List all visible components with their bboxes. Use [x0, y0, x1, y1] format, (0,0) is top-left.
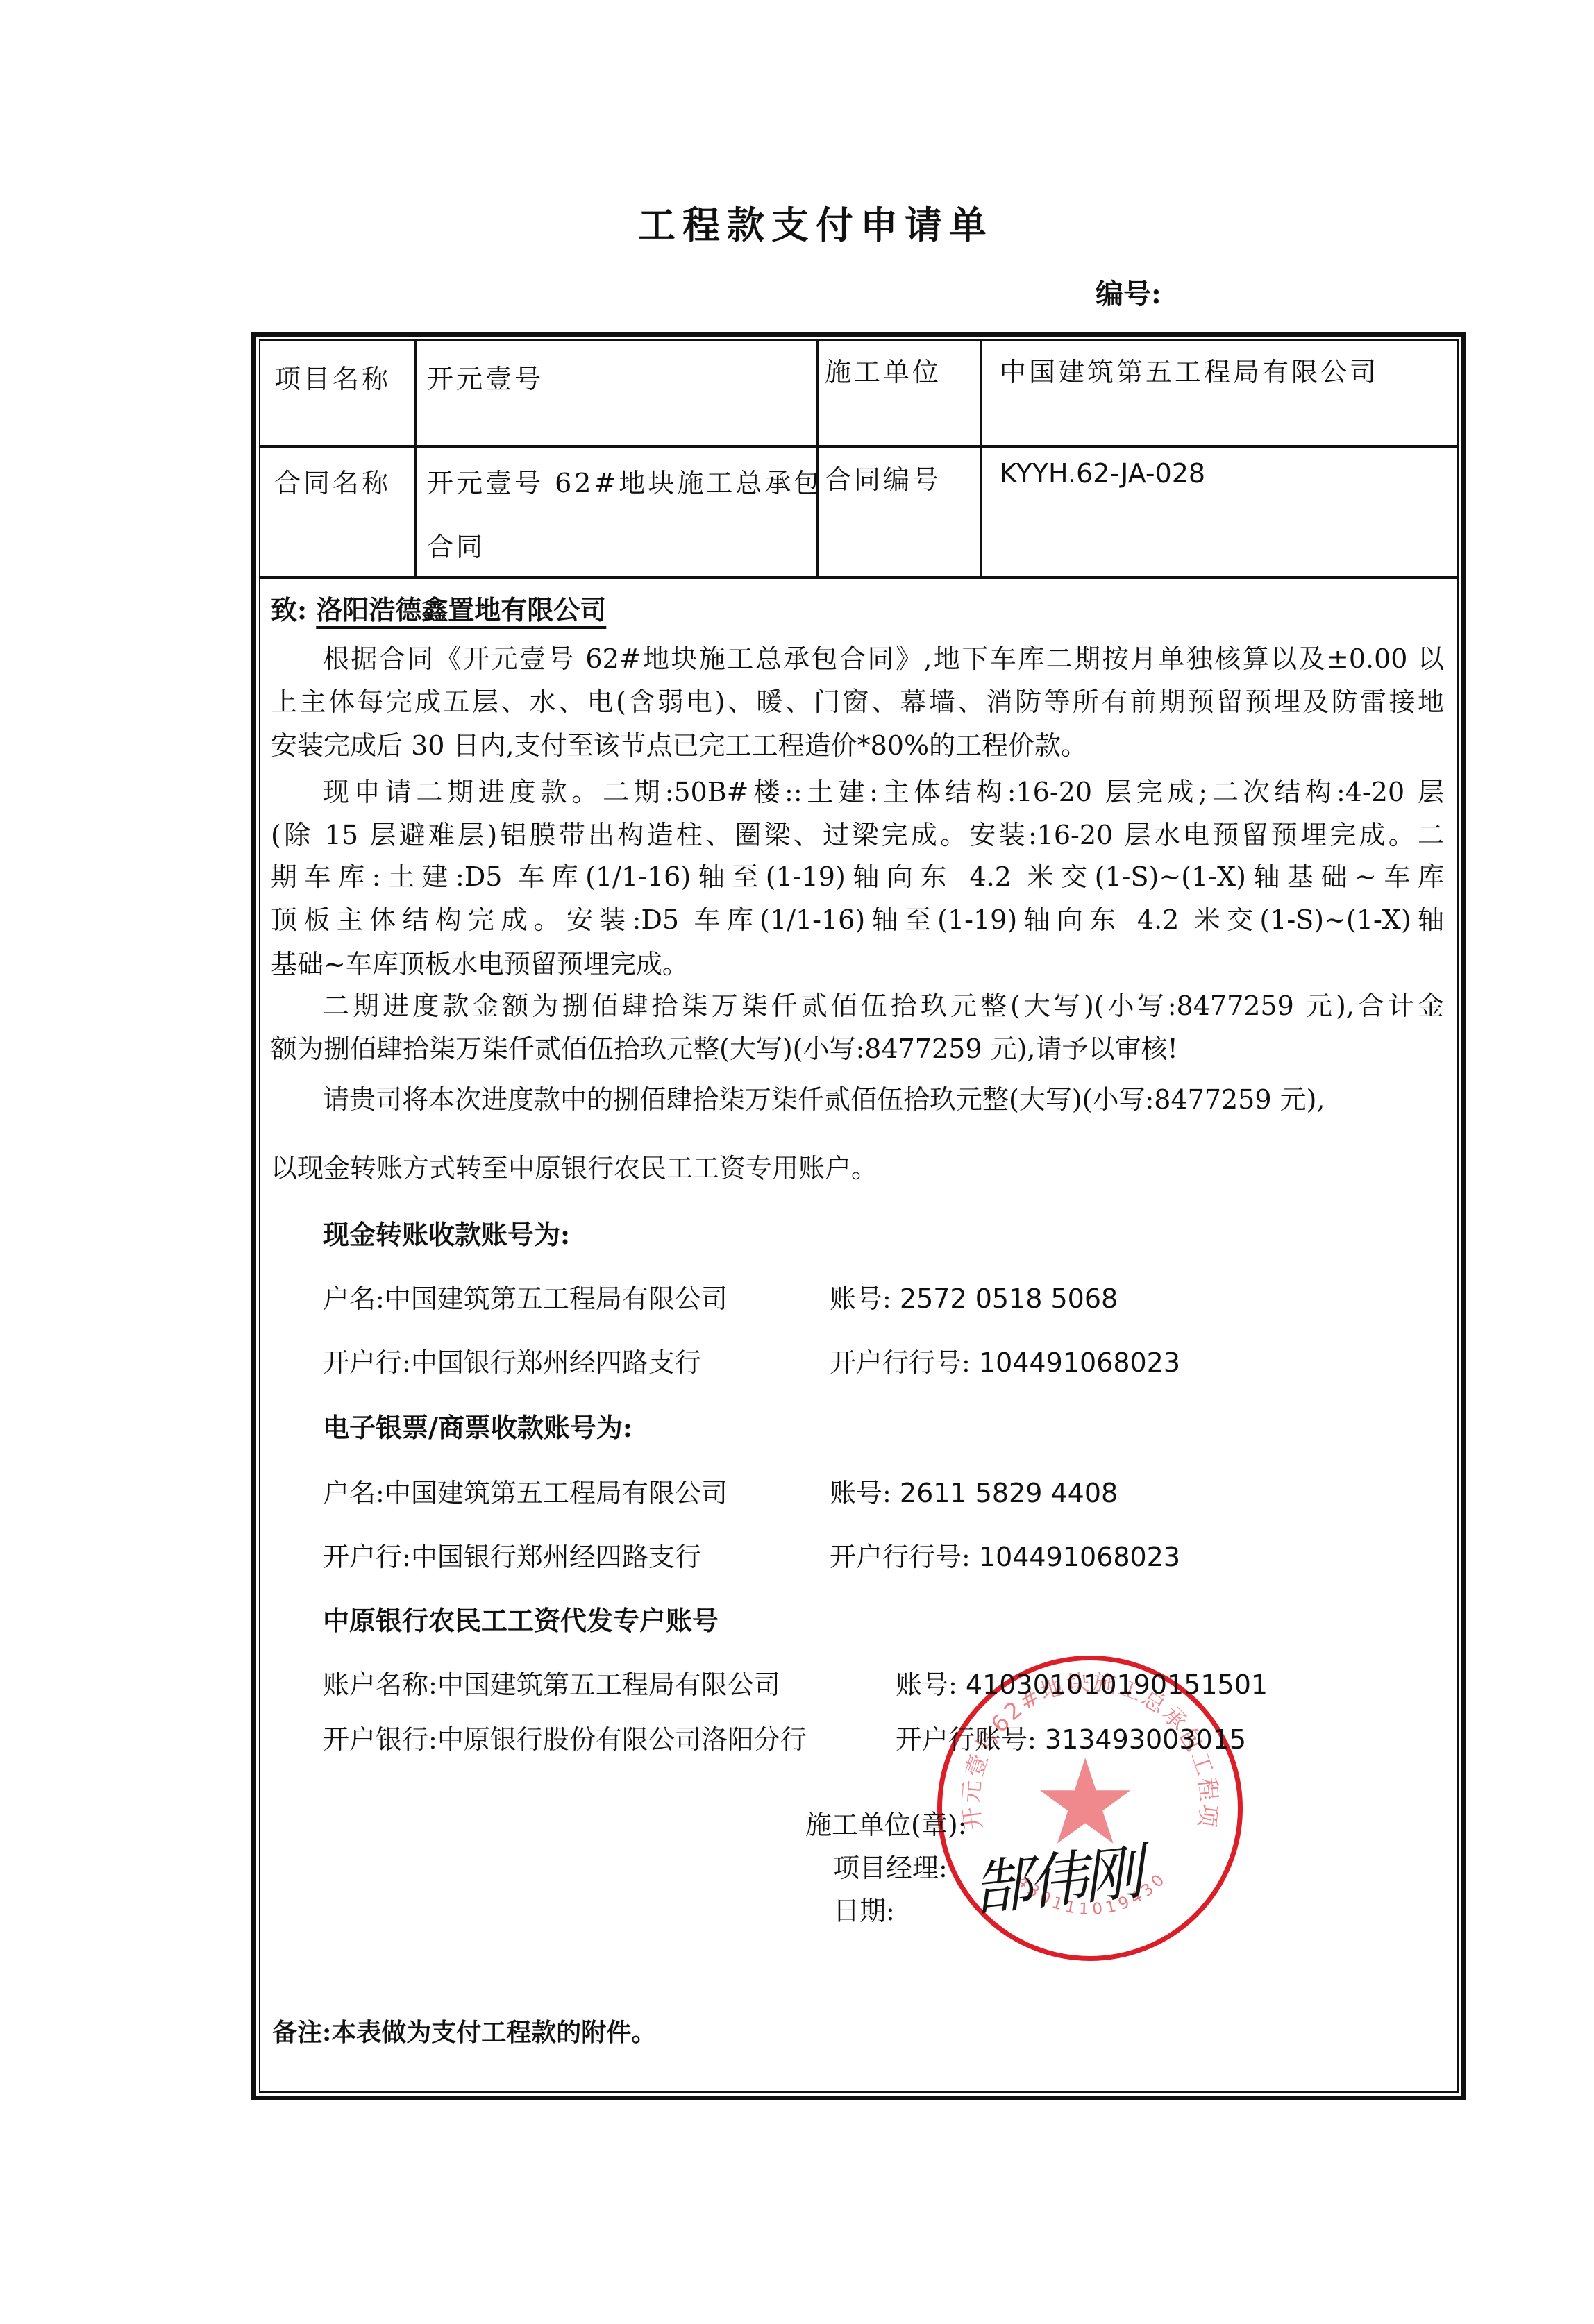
- cash-holder-value: 中国建筑第五工程局有限公司: [385, 1283, 728, 1314]
- cash-bank-number-value: 104491068023: [979, 1347, 1180, 1378]
- paragraph-line: 根据合同《开元壹号 62#地块施工总承包合同》,地下车库二期按月单独核算以及±0…: [323, 637, 1444, 675]
- cash-account-heading: 现金转账收款账号为:: [323, 1213, 570, 1252]
- col-divider-3: [980, 339, 982, 578]
- footer-note: 备注:本表做为支付工程款的附件。: [272, 2013, 656, 2048]
- wage-bank-label: 开户银行:: [323, 1724, 437, 1755]
- contract-name-label: 合同名称: [274, 462, 391, 500]
- ebill-bank-number: 开户行行号: 104491068023: [830, 1535, 1180, 1574]
- serial-number-label: 编号:: [1096, 272, 1161, 312]
- wage-holder-label: 账户名称:: [323, 1669, 437, 1700]
- wage-holder-value: 中国建筑第五工程局有限公司: [437, 1669, 780, 1700]
- ebill-account: 账号: 2611 5829 4408: [830, 1472, 1118, 1510]
- wage-account-label: 账号:: [896, 1669, 957, 1700]
- ebill-holder-value: 中国建筑第五工程局有限公司: [385, 1478, 728, 1508]
- manager-signature: 郜伟刚: [968, 1824, 1143, 1927]
- ebill-holder: 户名:中国建筑第五工程局有限公司: [323, 1472, 728, 1510]
- paragraph-line: 额为捌佰肆拾柒万柒仟贰佰伍拾玖元整(大写)(小写:8477259 元),请予以审…: [271, 1027, 1178, 1066]
- contractor-value: 中国建筑第五工程局有限公司: [1000, 351, 1379, 389]
- ebill-bank-label: 开户行:: [323, 1542, 411, 1572]
- paragraph-line: 安装完成后 30 日内,支付至该节点已完工工程造价*80%的工程价款。: [271, 724, 1087, 762]
- ebill-bank: 开户行:中国银行郑州经四路支行: [323, 1535, 701, 1574]
- col-divider-1: [414, 339, 417, 578]
- wage-account-value: 410301010190151501: [966, 1669, 1268, 1700]
- contract-name-value-line1: 开元壹号 62#地块施工总承包: [427, 462, 823, 500]
- wage-bank: 开户银行:中原银行股份有限公司洛阳分行: [323, 1718, 807, 1756]
- addressee-name: 洛阳浩德鑫置地有限公司: [316, 594, 642, 625]
- ebill-bank-value: 中国银行郑州经四路支行: [411, 1542, 701, 1572]
- addressee-label: 致:: [271, 594, 307, 625]
- contract-number-value: KYYH.62-JA-028: [1000, 458, 1205, 489]
- paragraph-line: (除 15 层避难层)铝膜带出构造柱、圈梁、过梁完成。安装:16-20 层水电预…: [271, 814, 1444, 852]
- wage-bank-value: 中原银行股份有限公司洛阳分行: [437, 1724, 807, 1755]
- row-divider-2: [260, 576, 1458, 579]
- col-divider-2: [816, 339, 819, 578]
- project-name-label: 项目名称: [274, 357, 391, 396]
- cash-holder-label: 户名:: [323, 1283, 385, 1314]
- paragraph-line: 请贵司将本次进度款中的捌佰肆拾柒万柒仟贰佰伍拾玖元整(大写)(小写:847725…: [323, 1078, 1325, 1116]
- addressee: 致: 洛阳浩德鑫置地有限公司: [271, 589, 642, 627]
- ebill-bank-number-label: 开户行行号:: [830, 1542, 971, 1572]
- cash-bank: 开户行:中国银行郑州经四路支行: [323, 1341, 701, 1379]
- paragraph-line: 二期进度款金额为捌佰肆拾柒万柒仟贰佰伍拾玖元整(大写)(小写:8477259 元…: [323, 984, 1444, 1022]
- paragraph-line: 期车库:土建:D5 车库(1/1-16)轴至(1-19)轴向东 4.2 米交(1…: [271, 855, 1444, 893]
- wage-account: 账号: 410301010190151501: [896, 1663, 1268, 1701]
- paragraph-line: 现申请二期进度款。二期:50B#楼::土建:主体结构:16-20 层完成;二次结…: [323, 771, 1444, 809]
- project-manager-label: 项目经理:: [833, 1846, 948, 1885]
- contractor-label: 施工单位: [825, 351, 941, 389]
- paragraph-line: 基础~车库顶板水电预留预埋完成。: [271, 943, 689, 981]
- ebill-account-value: 2611 5829 4408: [900, 1478, 1118, 1508]
- wage-bank-number-value: 313493003015: [1045, 1724, 1246, 1755]
- document-title: 工程款支付申请单: [0, 196, 1594, 249]
- cash-bank-number-label: 开户行行号:: [830, 1347, 971, 1378]
- row-divider-1: [260, 445, 1458, 448]
- cash-bank-value: 中国银行郑州经四路支行: [411, 1347, 701, 1378]
- paragraph-line: 顶板主体结构完成。安装:D5 车库(1/1-16)轴至(1-19)轴向东 4.2…: [271, 898, 1444, 936]
- paragraph-line: 以现金转账方式转至中原银行农民工工资专用账户。: [271, 1147, 878, 1185]
- wage-bank-number-label: 开户行账号:: [896, 1724, 1037, 1755]
- paragraph-line: 上主体每完成五层、水、电(含弱电)、暖、门窗、幕墙、消防等所有前期预留预埋及防雷…: [271, 680, 1444, 718]
- project-name-value: 开元壹号: [427, 357, 544, 396]
- cash-bank-number: 开户行行号: 104491068023: [830, 1341, 1180, 1379]
- cash-bank-label: 开户行:: [323, 1347, 411, 1378]
- cash-account-label: 账号:: [830, 1283, 891, 1314]
- cash-account: 账号: 2572 0518 5068: [830, 1277, 1118, 1315]
- ebill-account-label: 账号:: [830, 1478, 891, 1508]
- wage-account-heading: 中原银行农民工工资代发专户账号: [323, 1599, 719, 1637]
- date-label: 日期:: [833, 1889, 895, 1928]
- contract-number-label: 合同编号: [825, 458, 941, 496]
- ebill-holder-label: 户名:: [323, 1478, 385, 1508]
- ebill-bank-number-value: 104491068023: [979, 1542, 1180, 1572]
- cash-account-value: 2572 0518 5068: [900, 1283, 1118, 1314]
- contractor-seal-label: 施工单位(章):: [805, 1803, 966, 1842]
- ebill-account-heading: 电子银票/商票收款账号为:: [323, 1406, 632, 1445]
- contract-name-value-line2: 合同: [427, 525, 485, 564]
- wage-bank-number: 开户行账号: 313493003015: [896, 1718, 1246, 1756]
- wage-holder: 账户名称:中国建筑第五工程局有限公司: [323, 1663, 780, 1701]
- cash-holder: 户名:中国建筑第五工程局有限公司: [323, 1277, 728, 1315]
